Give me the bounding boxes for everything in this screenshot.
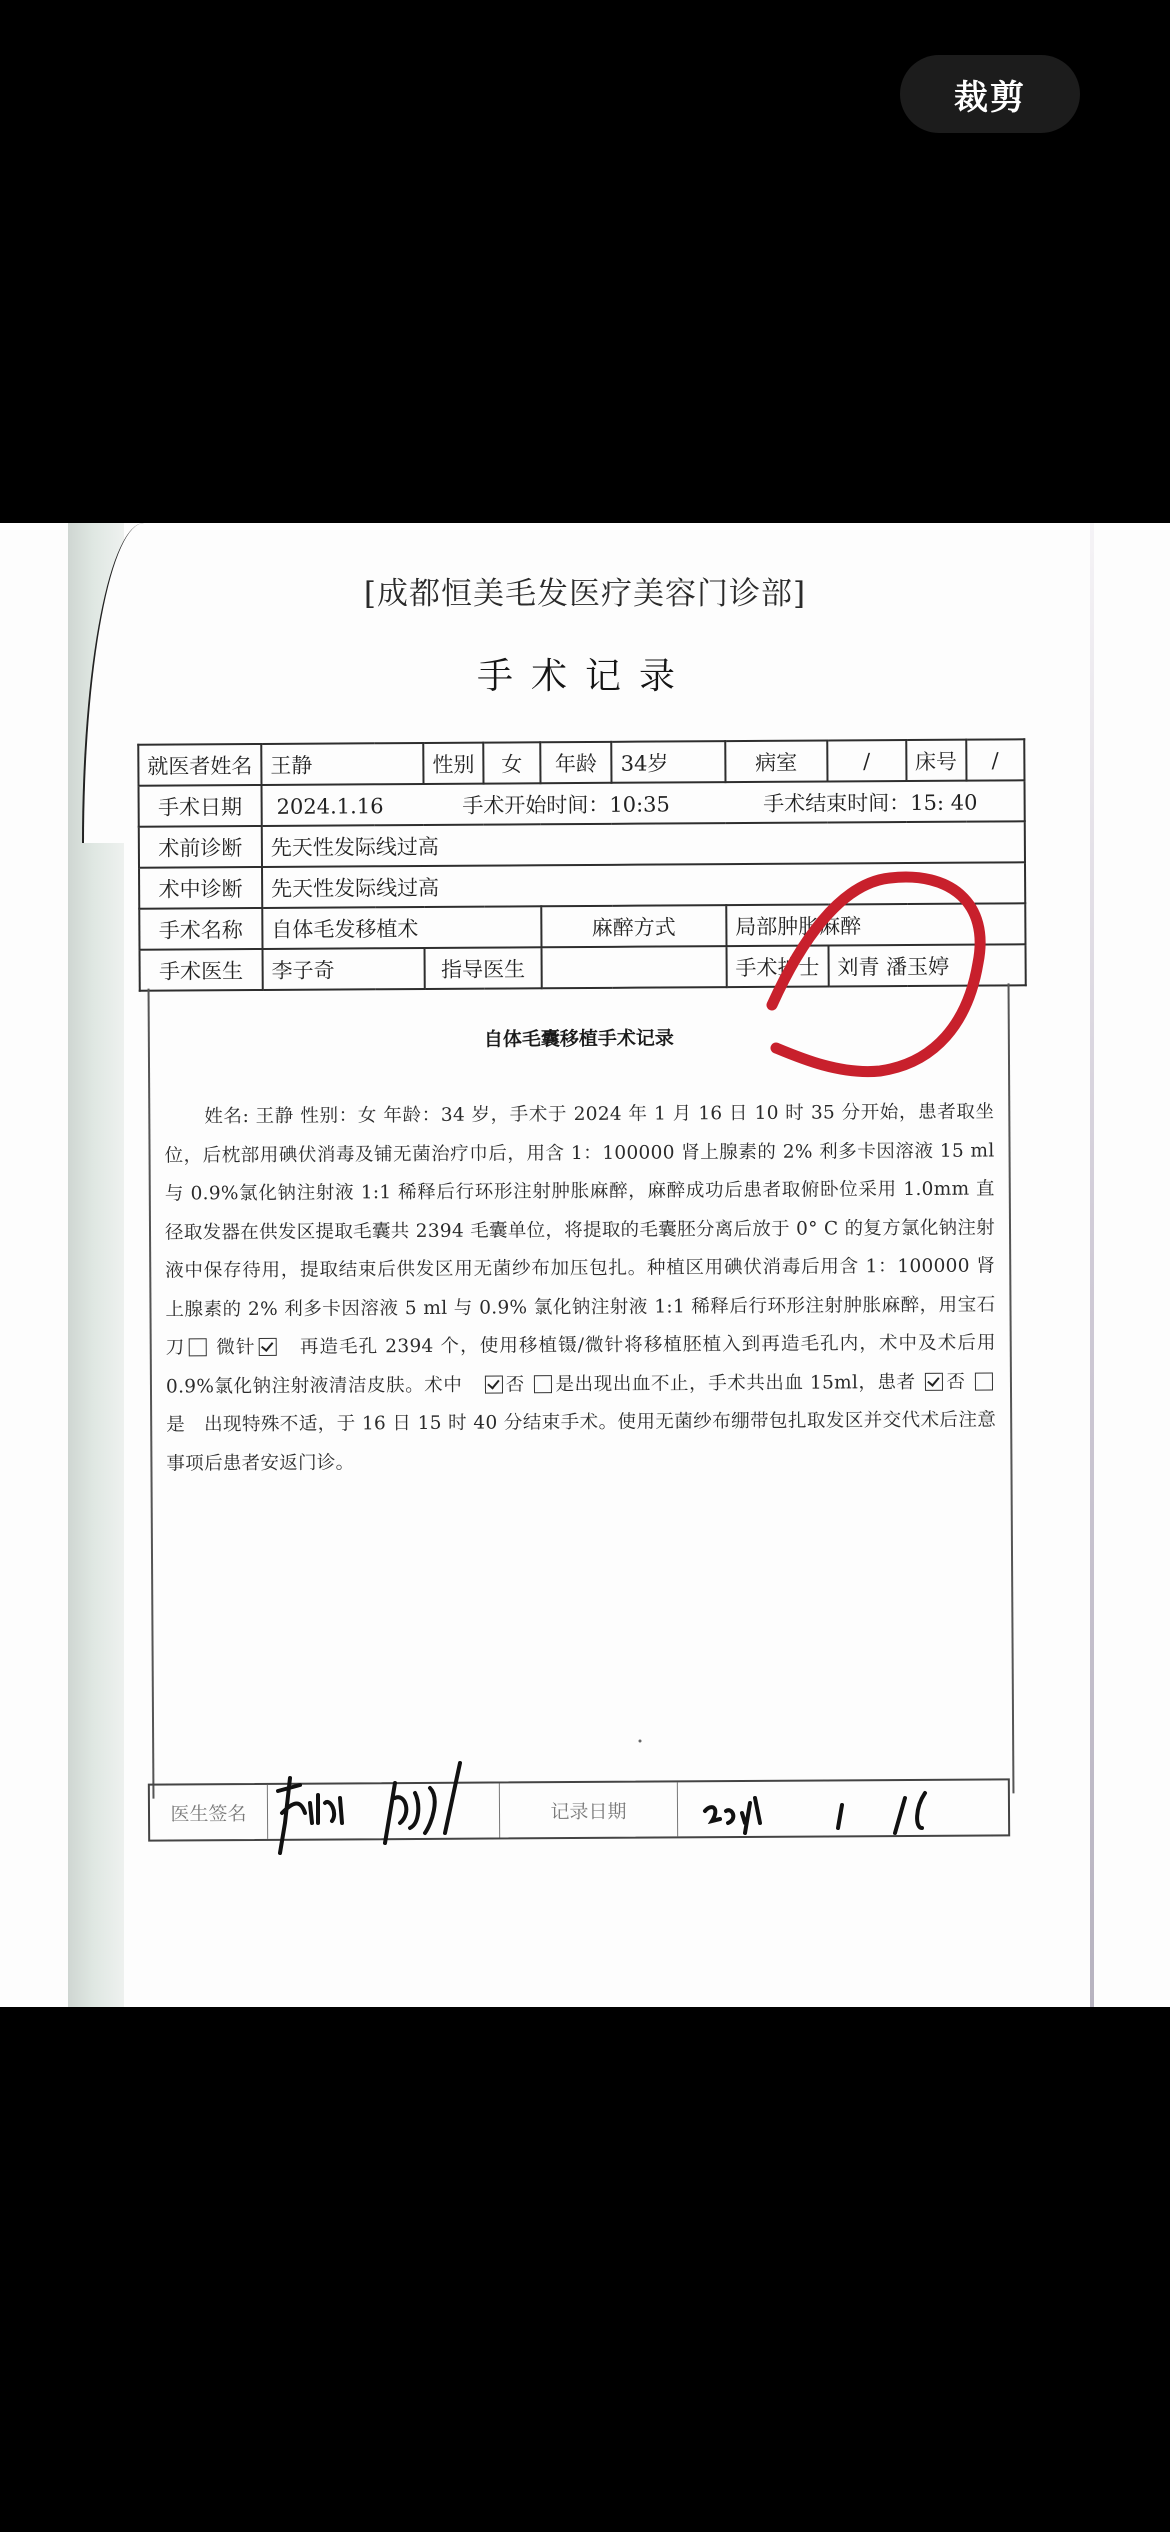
gender-label: 性别: [423, 743, 483, 784]
narrative-part: 是出现出血不止，手术共出血 15ml，患者: [555, 1371, 915, 1394]
record-narrative: 姓名: 王静 性别：女 年龄：34 岁，手术于 2024 年 1 月 16 日 …: [164, 1093, 996, 1483]
surgeon-label: 手术医生: [140, 949, 263, 991]
surgery-date: 2024.1.16: [271, 793, 456, 818]
preop-diagnosis: 先天性发际线过高: [262, 821, 1025, 867]
row-preop: 术前诊断 先天性发际线过高: [139, 821, 1025, 867]
narrative-part: 否: [946, 1371, 965, 1392]
intraop-diagnosis: 先天性发际线过高: [262, 862, 1025, 908]
microneedle-checkbox[interactable]: [258, 1338, 276, 1356]
document-photo: [成都恒美毛发医疗美容门诊部] 手术记录 就医者姓名 王静 性别 女 年龄 34…: [0, 523, 1170, 2007]
signature-row: 医生签名 记录日期: [148, 1778, 1010, 1841]
bleeding-no-checkbox[interactable]: [484, 1375, 502, 1393]
nurses: 刘青 潘玉婷: [828, 944, 1025, 986]
page-edge-shadow: [1090, 523, 1094, 2007]
record-date-label: 记录日期: [500, 1782, 678, 1837]
supervisor: [541, 946, 726, 988]
document-title: 手术记录: [0, 648, 1170, 699]
surgery-times: 2024.1.16 手术开始时间：10:35 手术结束时间：15: 40: [262, 780, 1025, 826]
start-time-label: 手术开始时间：: [462, 792, 609, 817]
gem-knife-checkbox[interactable]: [188, 1338, 206, 1356]
patient-name: 王静: [261, 743, 423, 785]
gender: 女: [483, 742, 540, 783]
row-patient: 就医者姓名 王静 性别 女 年龄 34岁 病室 / 床号 /: [138, 739, 1024, 785]
clinic-name: [成都恒美毛发医疗美容门诊部]: [0, 568, 1170, 613]
intraop-diagnosis-label: 术中诊断: [139, 867, 262, 909]
crop-button[interactable]: 裁剪: [900, 55, 1080, 133]
bed-label: 床号: [906, 740, 966, 781]
supervisor-label: 指导医生: [425, 947, 542, 989]
age-label: 年龄: [540, 742, 612, 783]
page-curl: [68, 523, 124, 2007]
ward-label: 病室: [725, 741, 827, 783]
procedure-label: 手术名称: [139, 908, 262, 950]
patient-name-label: 就医者姓名: [138, 744, 261, 786]
record-subtitle: 自体毛囊移植手术记录: [150, 1021, 1008, 1053]
bed: /: [966, 739, 1025, 780]
discomfort-yes-checkbox[interactable]: [975, 1372, 993, 1390]
anesthesia-label: 麻醉方式: [541, 905, 726, 947]
row-times: 手术日期 2024.1.16 手术开始时间：10:35 手术结束时间：15: 4…: [139, 780, 1025, 826]
end-time-label: 手术结束时间：: [763, 790, 910, 815]
surgery-date-label: 手术日期: [139, 785, 262, 827]
age: 34岁: [612, 741, 726, 783]
surgeon: 李子奇: [263, 948, 425, 990]
narrative-part: 微针: [216, 1337, 255, 1358]
narrative-part: 否: [505, 1374, 524, 1395]
anesthesia: 局部肿胀麻醉: [726, 903, 1025, 946]
preop-diagnosis-label: 术前诊断: [139, 826, 262, 868]
doctor-signature: [268, 1783, 500, 1838]
record-date-handwritten: [678, 1780, 1008, 1836]
narrative-part: 姓名: 王静 性别：女 年龄：34 岁，手术于 2024 年 1 月 16 日 …: [164, 1101, 995, 1358]
procedure: 自体毛发移植术: [262, 906, 541, 949]
discomfort-no-checkbox[interactable]: [925, 1372, 943, 1390]
surgery-info-table: 就医者姓名 王静 性别 女 年龄 34岁 病室 / 床号 / 手术日期 2024…: [137, 738, 1026, 991]
bleeding-yes-checkbox[interactable]: [534, 1375, 552, 1393]
narrative-part: 是 出现特殊不适，于 16 日 15 时 40 分结束手术。使用无菌纱布绷带包扎…: [166, 1409, 996, 1474]
surgery-record-box: 自体毛囊移植手术记录 姓名: 王静 性别：女 年龄：34 岁，手术于 2024 …: [148, 983, 1015, 1798]
start-time: 10:35: [609, 792, 670, 816]
ward: /: [827, 740, 906, 781]
doctor-signature-label: 医生签名: [150, 1785, 268, 1840]
nurse-label: 手术护士: [726, 945, 828, 987]
row-procedure: 手术名称 自体毛发移植术 麻醉方式 局部肿胀麻醉: [139, 903, 1025, 949]
end-time: 15: 40: [910, 790, 977, 814]
row-intraop: 术中诊断 先天性发际线过高: [139, 862, 1025, 908]
